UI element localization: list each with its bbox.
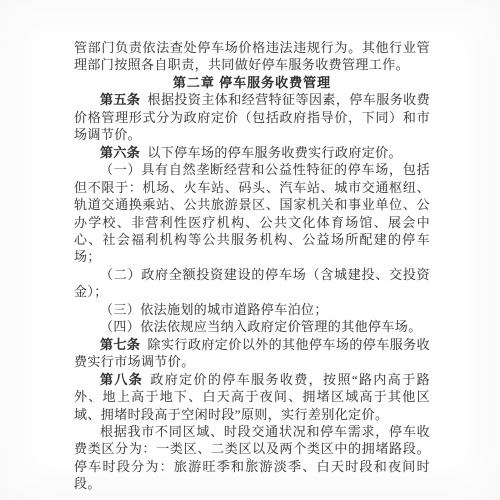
paragraph: 管部门负责依法查处停车场价格违法违规行为。其他行业管理部门按照各自职责，共同做好…	[74, 39, 430, 74]
chapter-heading: 第二章 停车服务收费管理	[74, 74, 430, 91]
document-page: 管部门负责依法查处停车场价格违法违规行为。其他行业管理部门按照各自职责，共同做好…	[0, 0, 500, 500]
paragraph: （二）政府全额投资建设的停车场（含城建投、交投资金）；	[74, 266, 430, 301]
paragraph: （一）具有自然垄断经营和公益性特征的停车场，包括但不限于：机场、火车站、码头、汽…	[74, 161, 430, 266]
paragraph: 第八条政府定价的停车服务收费，按照“路内高于路外、地上高于地下、白天高于夜间、拥…	[74, 371, 430, 423]
paragraph: （三）依法施划的城市道路停车泊位；	[74, 301, 430, 318]
article-number: 第八条	[100, 372, 143, 387]
paragraph: 第五条根据投资主体和经营特征等因素，停车服务收费价格管理形式分为政府定价（包括政…	[74, 91, 430, 143]
article-number: 第六条	[100, 145, 140, 160]
paragraph-text: 以下停车场的停车服务收费实行政府定价。	[147, 145, 402, 160]
paragraph: 第七条除实行政府定价以外的其他停车场的停车服务收费实行市场调节价。	[74, 336, 430, 371]
paragraph: （四）依法依规应当纳入政府定价管理的其他停车场。	[74, 318, 430, 335]
article-number: 第七条	[100, 337, 140, 352]
paragraph: 第六条以下停车场的停车服务收费实行政府定价。	[74, 144, 430, 161]
document-body: 管部门负责依法查处停车场价格违法违规行为。其他行业管理部门按照各自职责，共同做好…	[74, 39, 430, 493]
article-number: 第五条	[100, 92, 140, 107]
page-number: — 2 —	[0, 457, 500, 468]
